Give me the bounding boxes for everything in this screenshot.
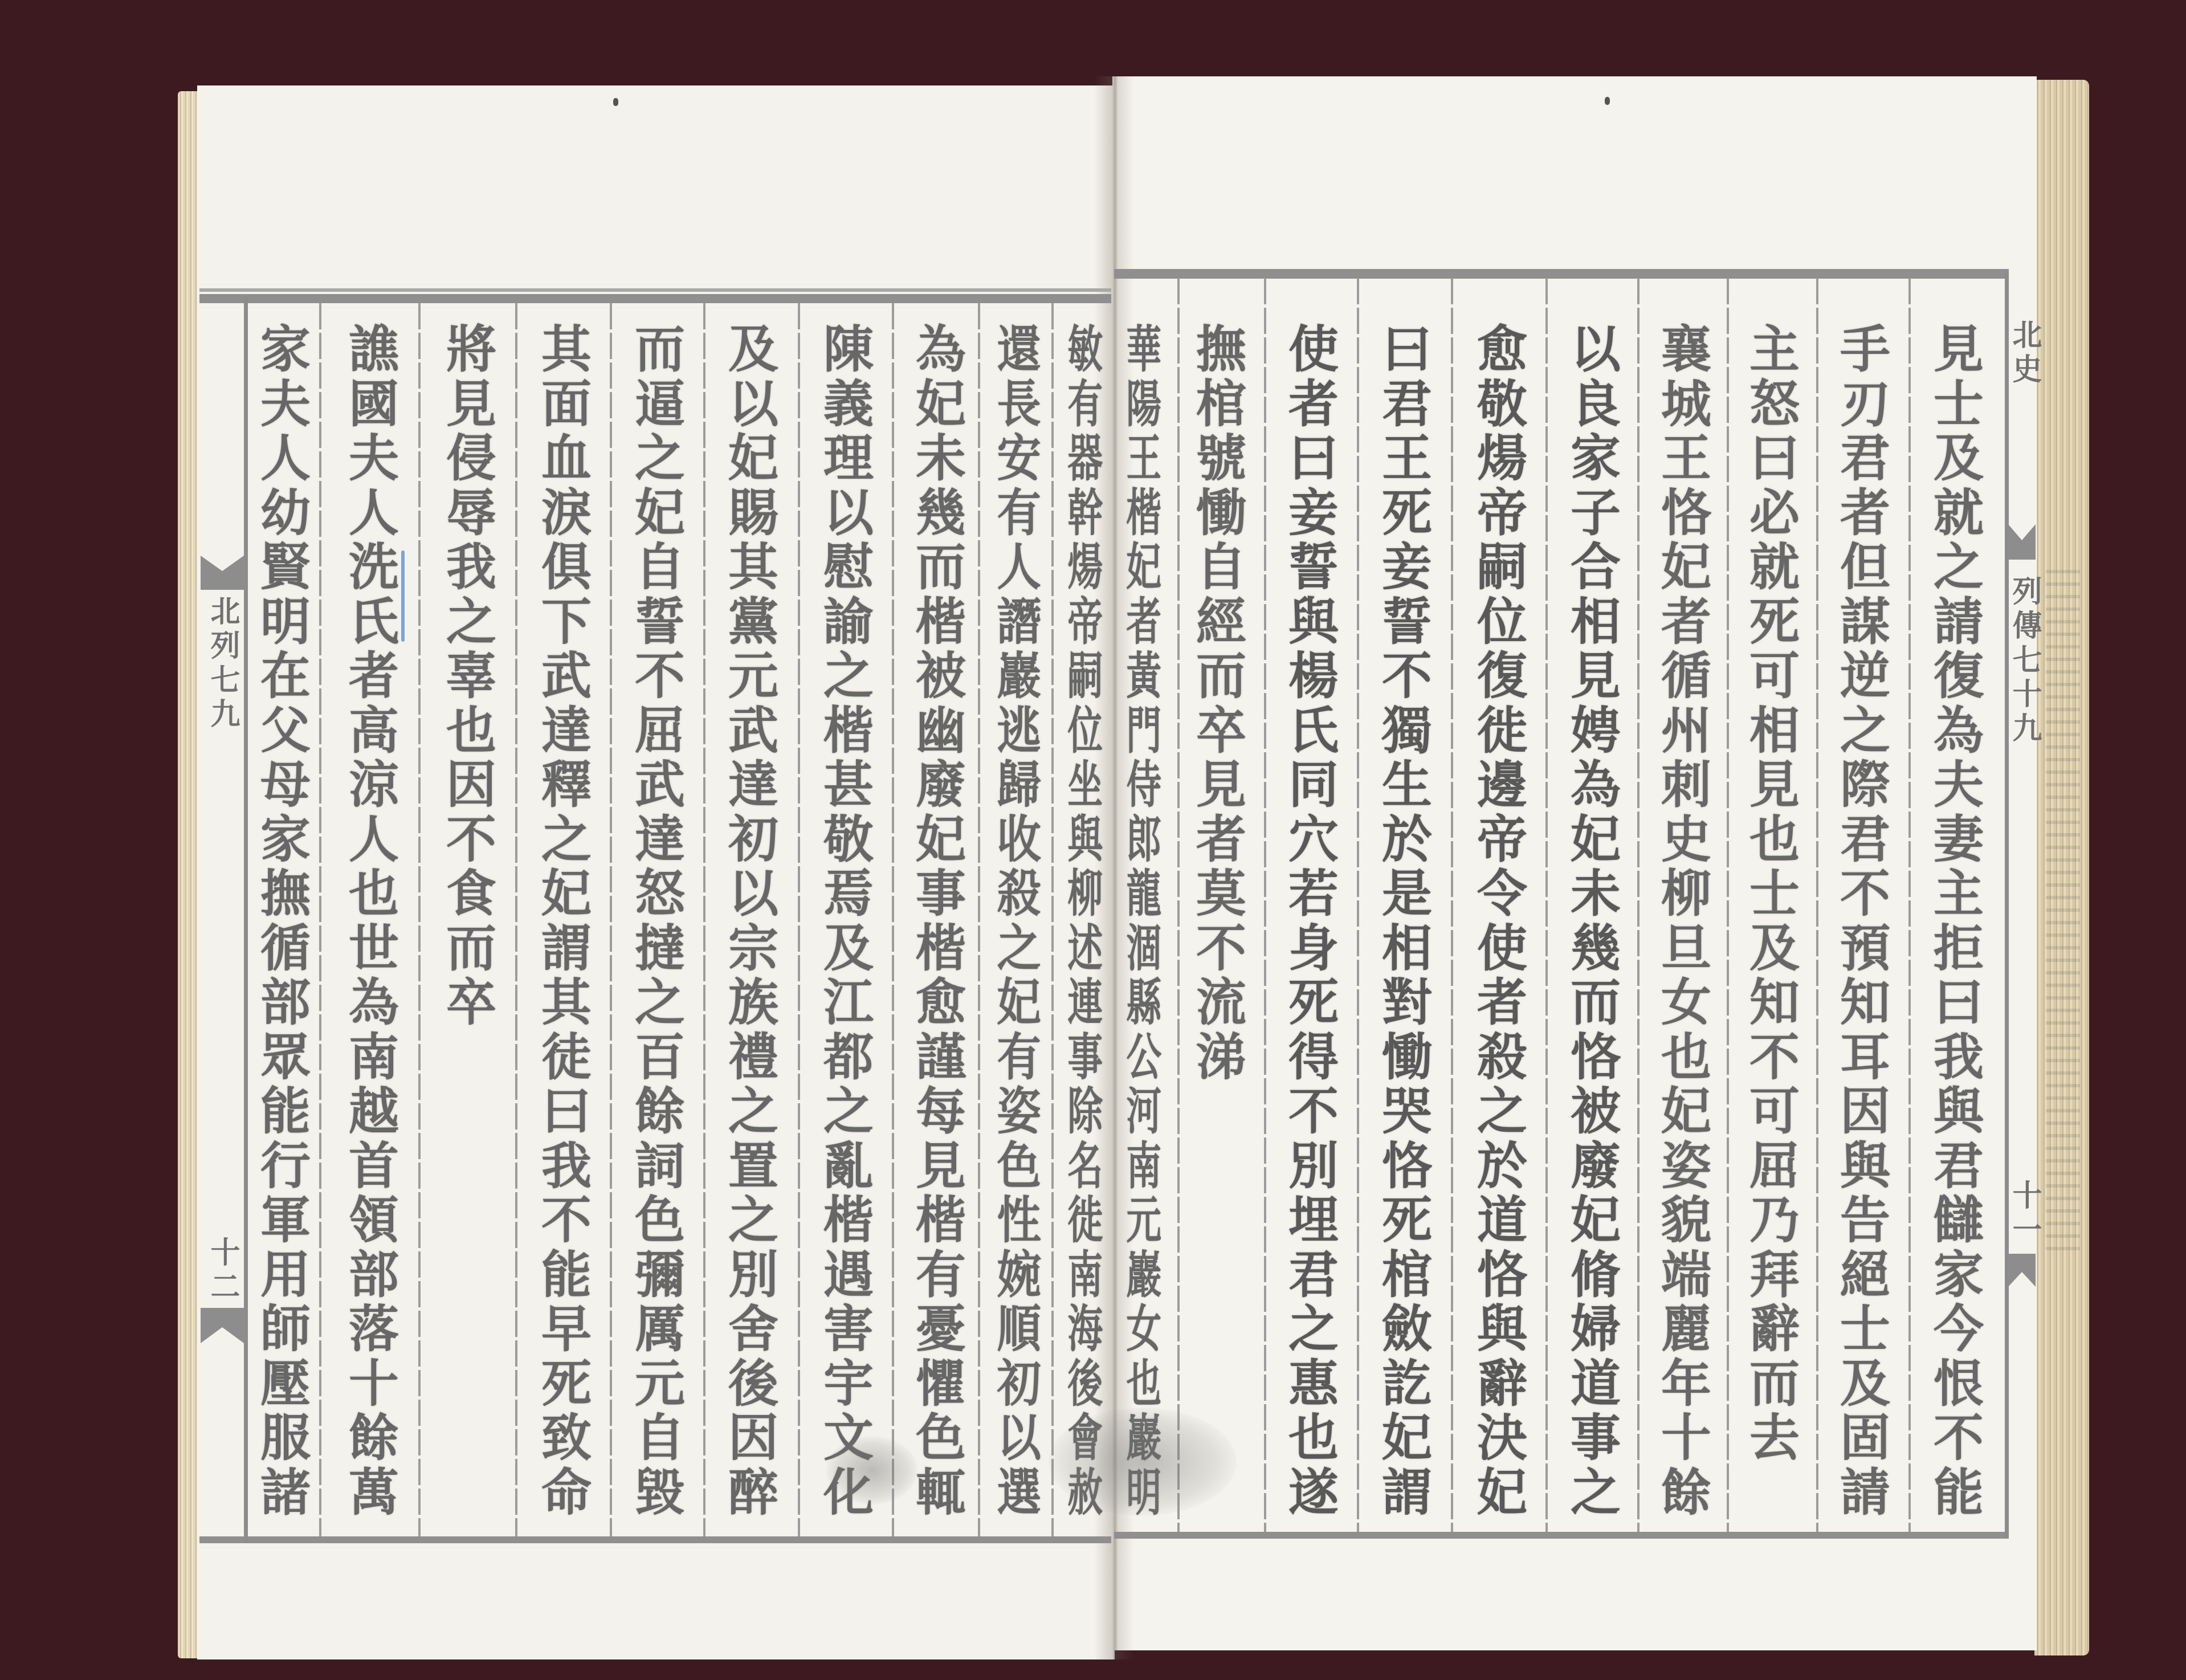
text-column: 撫棺號慟自經而卒見者莫不流涕 <box>1175 323 1261 1536</box>
left-top-frame-line <box>199 294 1111 303</box>
right-top-frame-line <box>1114 269 2009 279</box>
text-column: 愈敬煬帝嗣位復徙邊帝令使者殺之於道恪與辭決妃 <box>1456 323 1541 1536</box>
left-leaf-number: 十二 <box>205 1237 239 1305</box>
text-column: 襄城王恪妃者循州刺史柳旦女也妃姿貌端麗年十餘 <box>1640 323 1726 1536</box>
text-column: 家夫人幼賢明在父母家撫循部眾能行軍用師壓服諸 <box>239 323 325 1536</box>
column-rule <box>515 303 517 1536</box>
column-rule <box>610 303 612 1536</box>
column-rule <box>1264 278 1266 1532</box>
column-rule <box>1357 278 1359 1532</box>
column-rule <box>1908 278 1911 1532</box>
right-leaf-number: 十一 <box>2007 1180 2041 1248</box>
right-margin-subtitle: 列傳七十九 <box>2007 576 2041 747</box>
text-column: 主怒曰必就死可相見也士及知不可屈乃拜辭而去 <box>1728 323 1814 1536</box>
ink-smudge <box>826 1436 917 1504</box>
text-column: 及以妃賜其黨元武達初以宗族禮之置之別舍後因醉 <box>707 323 793 1536</box>
ink-speck <box>1605 97 1610 105</box>
text-column: 以良家子合相見娉為妃未幾而恪被廢妃脩婦道事之 <box>1549 323 1635 1536</box>
text-column: 陳義理以慰諭之楷甚敬焉及江都之亂楷遇害宇文化 <box>802 323 888 1536</box>
fore-edge-markings <box>2046 570 2080 1254</box>
column-rule <box>892 303 894 1536</box>
text-column: 手刃君者但謀逆之際君不預知耳因與告絕士及固請 <box>1819 323 1904 1536</box>
column-rule <box>1637 278 1639 1532</box>
column-rule <box>703 303 705 1536</box>
column-rule <box>1545 278 1548 1532</box>
text-column: 使者曰妾誓與楊氏同穴若身死得不別埋君之惠也遂 <box>1267 323 1353 1536</box>
left-top-frame-thin-line <box>199 288 1111 292</box>
blue-pen-mark <box>401 551 405 642</box>
ink-smudge <box>1049 1408 1237 1516</box>
text-column: 為妃未幾而楷被幽廢妃事楷愈謹每見楷有憂懼色輒 <box>895 323 980 1536</box>
column-rule <box>798 303 800 1536</box>
text-column: 還長安有人譖巖逃歸收殺之妃有姿色性婉順初以選 <box>978 323 1054 1536</box>
text-column: 而逼之妃自誓不屈武達怒撻之百餘詞色彌厲元自毀 <box>614 323 699 1536</box>
column-rule <box>1816 278 1818 1532</box>
left-bottom-frame-line <box>199 1536 1111 1543</box>
ink-speck <box>613 98 618 106</box>
right-margin-band-line <box>2005 271 2009 1538</box>
text-column: 見士及就之請復為夫妻主拒曰我與君讎家今恨不能 <box>1912 323 1998 1536</box>
left-margin-title: 北列七九 <box>205 596 239 732</box>
right-margin-title: 北史 <box>2007 319 2041 388</box>
column-rule <box>418 303 421 1536</box>
text-column: 譙國夫人洗氏者高涼人也世為南越首領部落十餘萬 <box>328 323 413 1536</box>
text-column: 曰君王死妾誓不獨生於是相對慟哭恪死棺斂訖妃謂 <box>1361 323 1446 1536</box>
column-rule <box>1451 278 1453 1532</box>
left-page-edges <box>178 91 198 1658</box>
text-column: 敏有器幹煬帝嗣位坐與柳述連事除名徙南海後會赦 <box>1053 323 1113 1536</box>
text-column: 其面血淚俱下武達釋之妃謂其徒曰我不能早死致命 <box>520 323 606 1536</box>
text-column: 華陽王楷妃者黃門侍郎龍涸縣公河南元巖女也巖明 <box>1112 323 1172 1536</box>
text-column: 將見侵辱我之辜也因不食而卒 <box>425 323 511 1536</box>
